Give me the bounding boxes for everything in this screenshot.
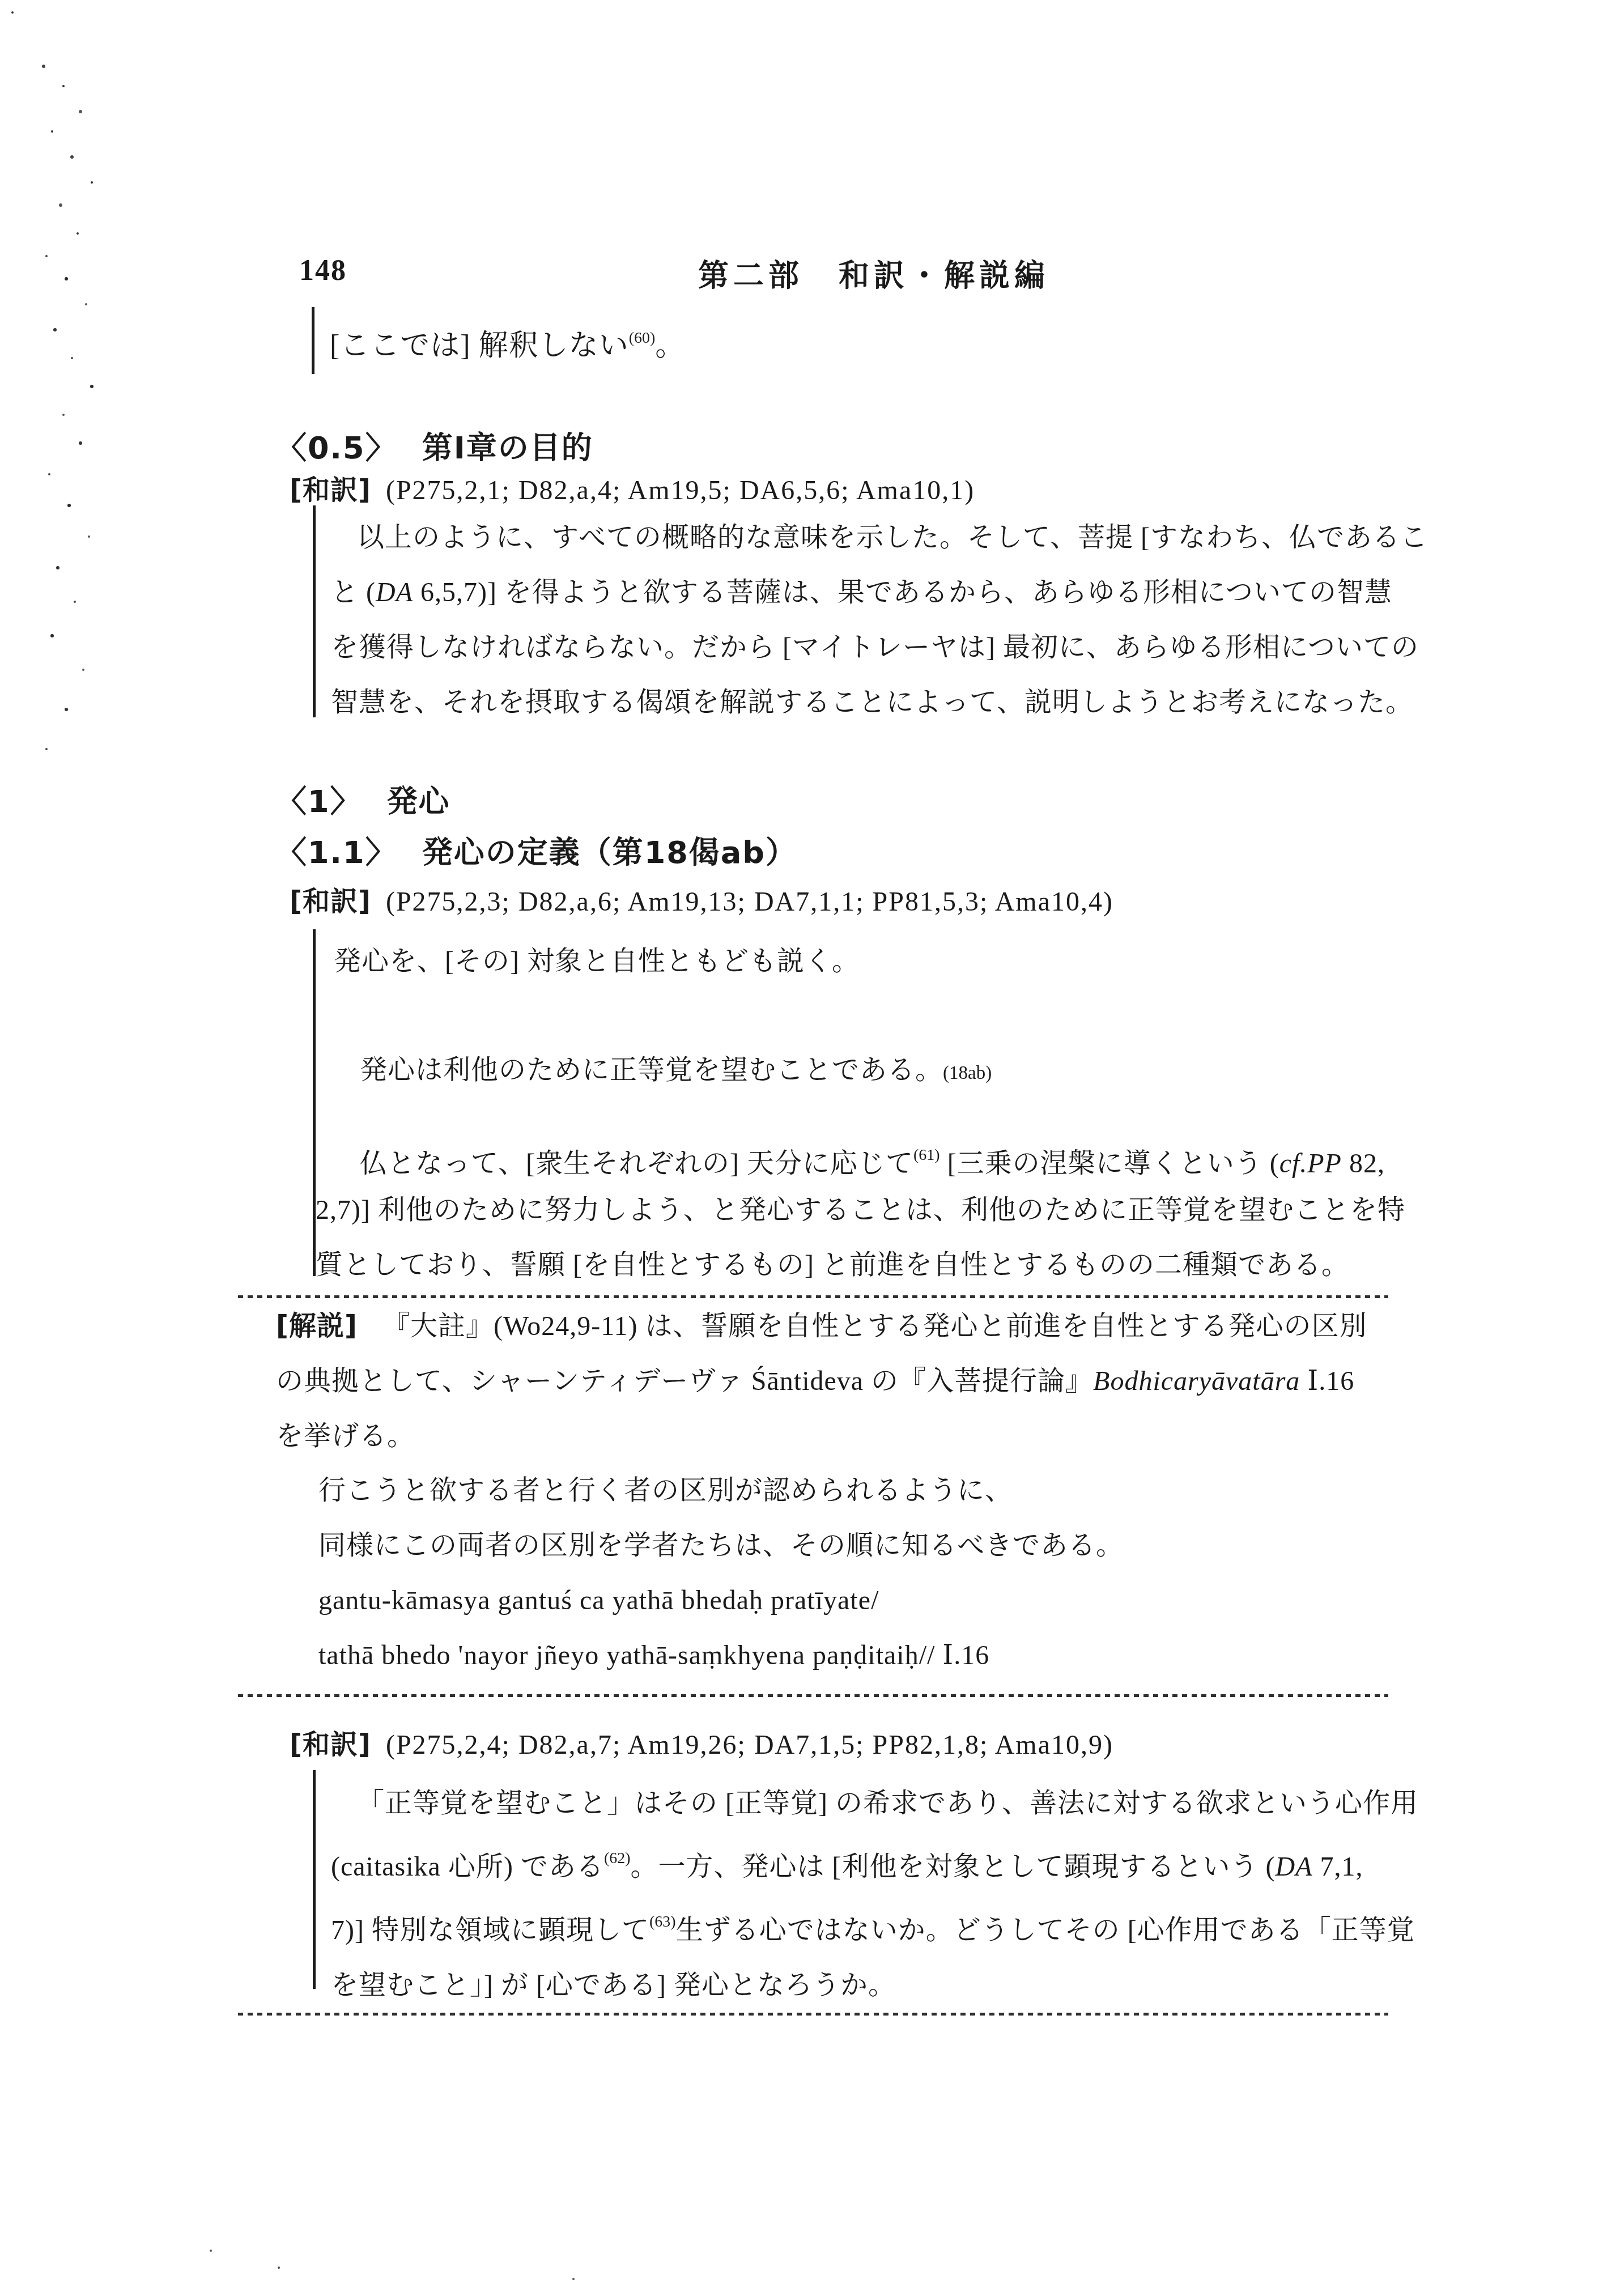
translation-3-line-2-c: 7,1,: [1313, 1852, 1363, 1882]
root-verse-line: 発心は利他のために正等覚を望むことである。(18ab): [360, 1043, 992, 1101]
translation-2-block: 発心を、[その] 対象と自性ともども説く。 発心は利他のために正等覚を望むことで…: [313, 929, 331, 1276]
root-verse-text: 発心は利他のために正等覚を望むことである。: [360, 1055, 943, 1085]
quote-japanese-2: 同様にこの両者の区別を学者たちは、その順に知るべきである。: [318, 1518, 1124, 1573]
quote-japanese-1: 行こうと欲する者と行く者の区別が認められるように、: [318, 1463, 1124, 1518]
intro-text: [ここでは] 解釈しない: [330, 330, 629, 362]
translation-2-line-1-b: [三乗の涅槃に導くという (: [940, 1149, 1279, 1179]
kaisetsu-line-2-b: Ⅰ.16: [1300, 1366, 1354, 1396]
wayaku-2-refs: (P275,2,3; D82,a,6; Am19,13; DA7,1,1; PP…: [386, 887, 1113, 917]
translation-2-line-3: 質としており、誓願 [を自性とするもの] と前進を自性とするものの二種類である。: [316, 1238, 1349, 1292]
translation-3-line-2-a: (caitasika 心所) である: [331, 1852, 604, 1882]
translation-2-line-1-a: 仏となって、[衆生それぞれの] 天分に応じて: [360, 1149, 913, 1179]
quote-sanskrit-2: tathā bhedo 'nayor jñeyo yathā-saṃkhyena…: [318, 1628, 1124, 1683]
quote-sanskrit-1: gantu-kāmasya gantuś ca yathā bhedaḥ pra…: [318, 1573, 1124, 1628]
section-1-heading: 〈1〉発心: [276, 777, 450, 821]
kaisetsu-label: [解説]: [276, 1310, 358, 1342]
translation-2-line-1-c: 82,: [1342, 1149, 1385, 1179]
footnote-60-marker: (60): [629, 329, 656, 347]
section-1-1-heading: 〈1.1〉発心の定義（第18偈ab）: [276, 828, 797, 872]
italic-title-da-2: DA: [1276, 1852, 1313, 1882]
kaisetsu-block: [解説]『大註』(Wo24,9-11) は、誓願を自性とする発心と前進を自性とす…: [276, 1299, 1367, 1464]
footnote-62-marker: (62): [604, 1849, 631, 1867]
translation-1-line-4: 智慧を、それを摂取する偈頌を解説することによって、説明しようとお考えになった。: [331, 675, 1428, 730]
section-1-number: 〈1〉: [276, 784, 362, 819]
wayaku-3-label: [和訳]: [290, 1729, 371, 1761]
translation-3-line-3: 7)] 特別な領域に顕現して(63)生ずる心ではないか。どうしてその [心作用で…: [331, 1894, 1418, 1958]
translation-1-line-2: と (DA 6,5,7)] を得ようと欲する菩薩は、果であるから、あらゆる形相に…: [331, 565, 1428, 620]
intro-period: 。: [655, 330, 685, 362]
kaisetsu-line-3: を挙げる。: [276, 1409, 1367, 1464]
dashed-divider-1: [238, 1295, 1388, 1298]
translation-1-block: 以上のように、すべての概略的な意味を示した。そして、菩提 [すなわち、仏であるこ…: [313, 505, 1428, 717]
root-verse-number: (18ab): [943, 1063, 992, 1083]
translation-1-line-3: を獲得しなければならない。だから [マイトレーヤは] 最初に、あらゆる形相につい…: [331, 620, 1428, 675]
quotation-block: 行こうと欲する者と行く者の区別が認められるように、 同様にこの両者の区別を学者た…: [318, 1463, 1124, 1683]
scanned-document-page: 148 第二部 和訳・解説編 [ここでは] 解釈しない(60)。 〈0.5〉第Ⅰ…: [0, 0, 1624, 2296]
translation-2-line-2: 2,7)] 利他のために努力しよう、と発心することは、利他のために正等覚を望むこ…: [316, 1183, 1405, 1238]
section-1-1-title: 発心の定義（第18偈ab）: [422, 835, 797, 870]
page-number: 148: [299, 254, 347, 287]
translation-3-line-2-b: 。一方、発心は [利他を対象として顕現するという (: [631, 1852, 1276, 1882]
wayaku-2-line: [和訳](P275,2,3; D82,a,6; Am19,13; DA7,1,1…: [290, 879, 1113, 919]
italic-title-da: DA: [376, 577, 413, 607]
dashed-divider-2: [238, 1694, 1388, 1697]
wayaku-2-label: [和訳]: [290, 886, 371, 917]
section-0-5-title: 第Ⅰ章の目的: [422, 430, 593, 466]
translation-3-line-4: を望むこと」] が [心である] 発心となろうか。: [331, 1958, 1418, 2013]
translation-1-line-2-a: と (: [331, 577, 376, 607]
section-1-1-number: 〈1.1〉: [276, 835, 397, 870]
translation-3-block: 「正等覚を望むこと」はその [正等覚] の希求であり、善法に対する欲求という心作…: [313, 1770, 1418, 1989]
running-header: 第二部 和訳・解説編: [698, 252, 1049, 295]
kaisetsu-line-2: の典拠として、シャーンティデーヴァ Śāntideva の『入菩提行論』Bodh…: [276, 1354, 1367, 1409]
footnote-63-marker: (63): [649, 1913, 676, 1931]
wayaku-3-refs: (P275,2,4; D82,a,7; Am19,26; DA7,1,5; PP…: [386, 1730, 1113, 1760]
translation-3-line-1-text: 「正等覚を望むこと」はその [正等覚] の希求であり、善法に対する欲求という心作…: [357, 1788, 1418, 1818]
wayaku-1-refs: (P275,2,1; D82,a,4; Am19,5; DA6,5,6; Ama…: [386, 475, 975, 505]
kaisetsu-line-1-text: 『大註』(Wo24,9-11) は、誓願を自性とする発心と前進を自性とする発心の…: [382, 1311, 1367, 1341]
dashed-divider-3: [238, 2013, 1388, 2016]
intro-line: [ここでは] 解釈しない(60)。: [330, 307, 685, 377]
translation-1-line-1: 以上のように、すべての概略的な意味を示した。そして、菩提 [すなわち、仏であるこ: [331, 510, 1428, 565]
translation-1-line-1-text: 以上のように、すべての概略的な意味を示した。そして、菩提 [すなわち、仏であるこ: [357, 522, 1428, 552]
translation-3-line-3-b: 生ずる心ではないか。どうしてその [心作用である「正等覚: [676, 1915, 1415, 1945]
wayaku-1-line: [和訳](P275,2,1; D82,a,4; Am19,5; DA6,5,6;…: [290, 468, 975, 507]
translation-2-line-1: 仏となって、[衆生それぞれの] 天分に応じて(61) [三乗の涅槃に導くという …: [334, 1128, 1385, 1191]
translation-1-line-2-b: 6,5,7)] を得ようと欲する菩薩は、果であるから、あらゆる形相についての智慧: [413, 577, 1392, 607]
italic-title-cfpp: cf.PP: [1279, 1149, 1342, 1179]
kaisetsu-line-2-a: の典拠として、シャーンティデーヴァ Śāntideva の『入菩提行論』: [276, 1366, 1093, 1396]
translation-3-line-1: 「正等覚を望むこと」はその [正等覚] の希求であり、善法に対する欲求という心作…: [331, 1776, 1418, 1831]
wayaku-3-line: [和訳](P275,2,4; D82,a,7; Am19,26; DA7,1,5…: [290, 1723, 1113, 1762]
section-1-title: 発心: [387, 784, 450, 819]
intro-continuation-block: [ここでは] 解釈しない(60)。: [312, 307, 685, 374]
section-0-5-number: 〈0.5〉: [276, 430, 397, 466]
translation-2-opening: 発心を、[その] 対象と自性ともども説く。: [334, 934, 860, 989]
footnote-61-marker: (61): [913, 1146, 940, 1164]
translation-3-line-3-a: 7)] 特別な領域に顕現して: [331, 1915, 649, 1945]
wayaku-1-label: [和訳]: [290, 474, 371, 506]
translation-3-line-2: (caitasika 心所) である(62)。一方、発心は [利他を対象として顕…: [331, 1831, 1418, 1894]
scan-noise-speckles: [11, 11, 14, 14]
section-0-5-heading: 〈0.5〉第Ⅰ章の目的: [276, 424, 593, 467]
kaisetsu-line-1: [解説]『大註』(Wo24,9-11) は、誓願を自性とする発心と前進を自性とす…: [276, 1299, 1367, 1354]
italic-title-bodhicaryavatara: Bodhicaryāvatāra: [1093, 1366, 1300, 1396]
